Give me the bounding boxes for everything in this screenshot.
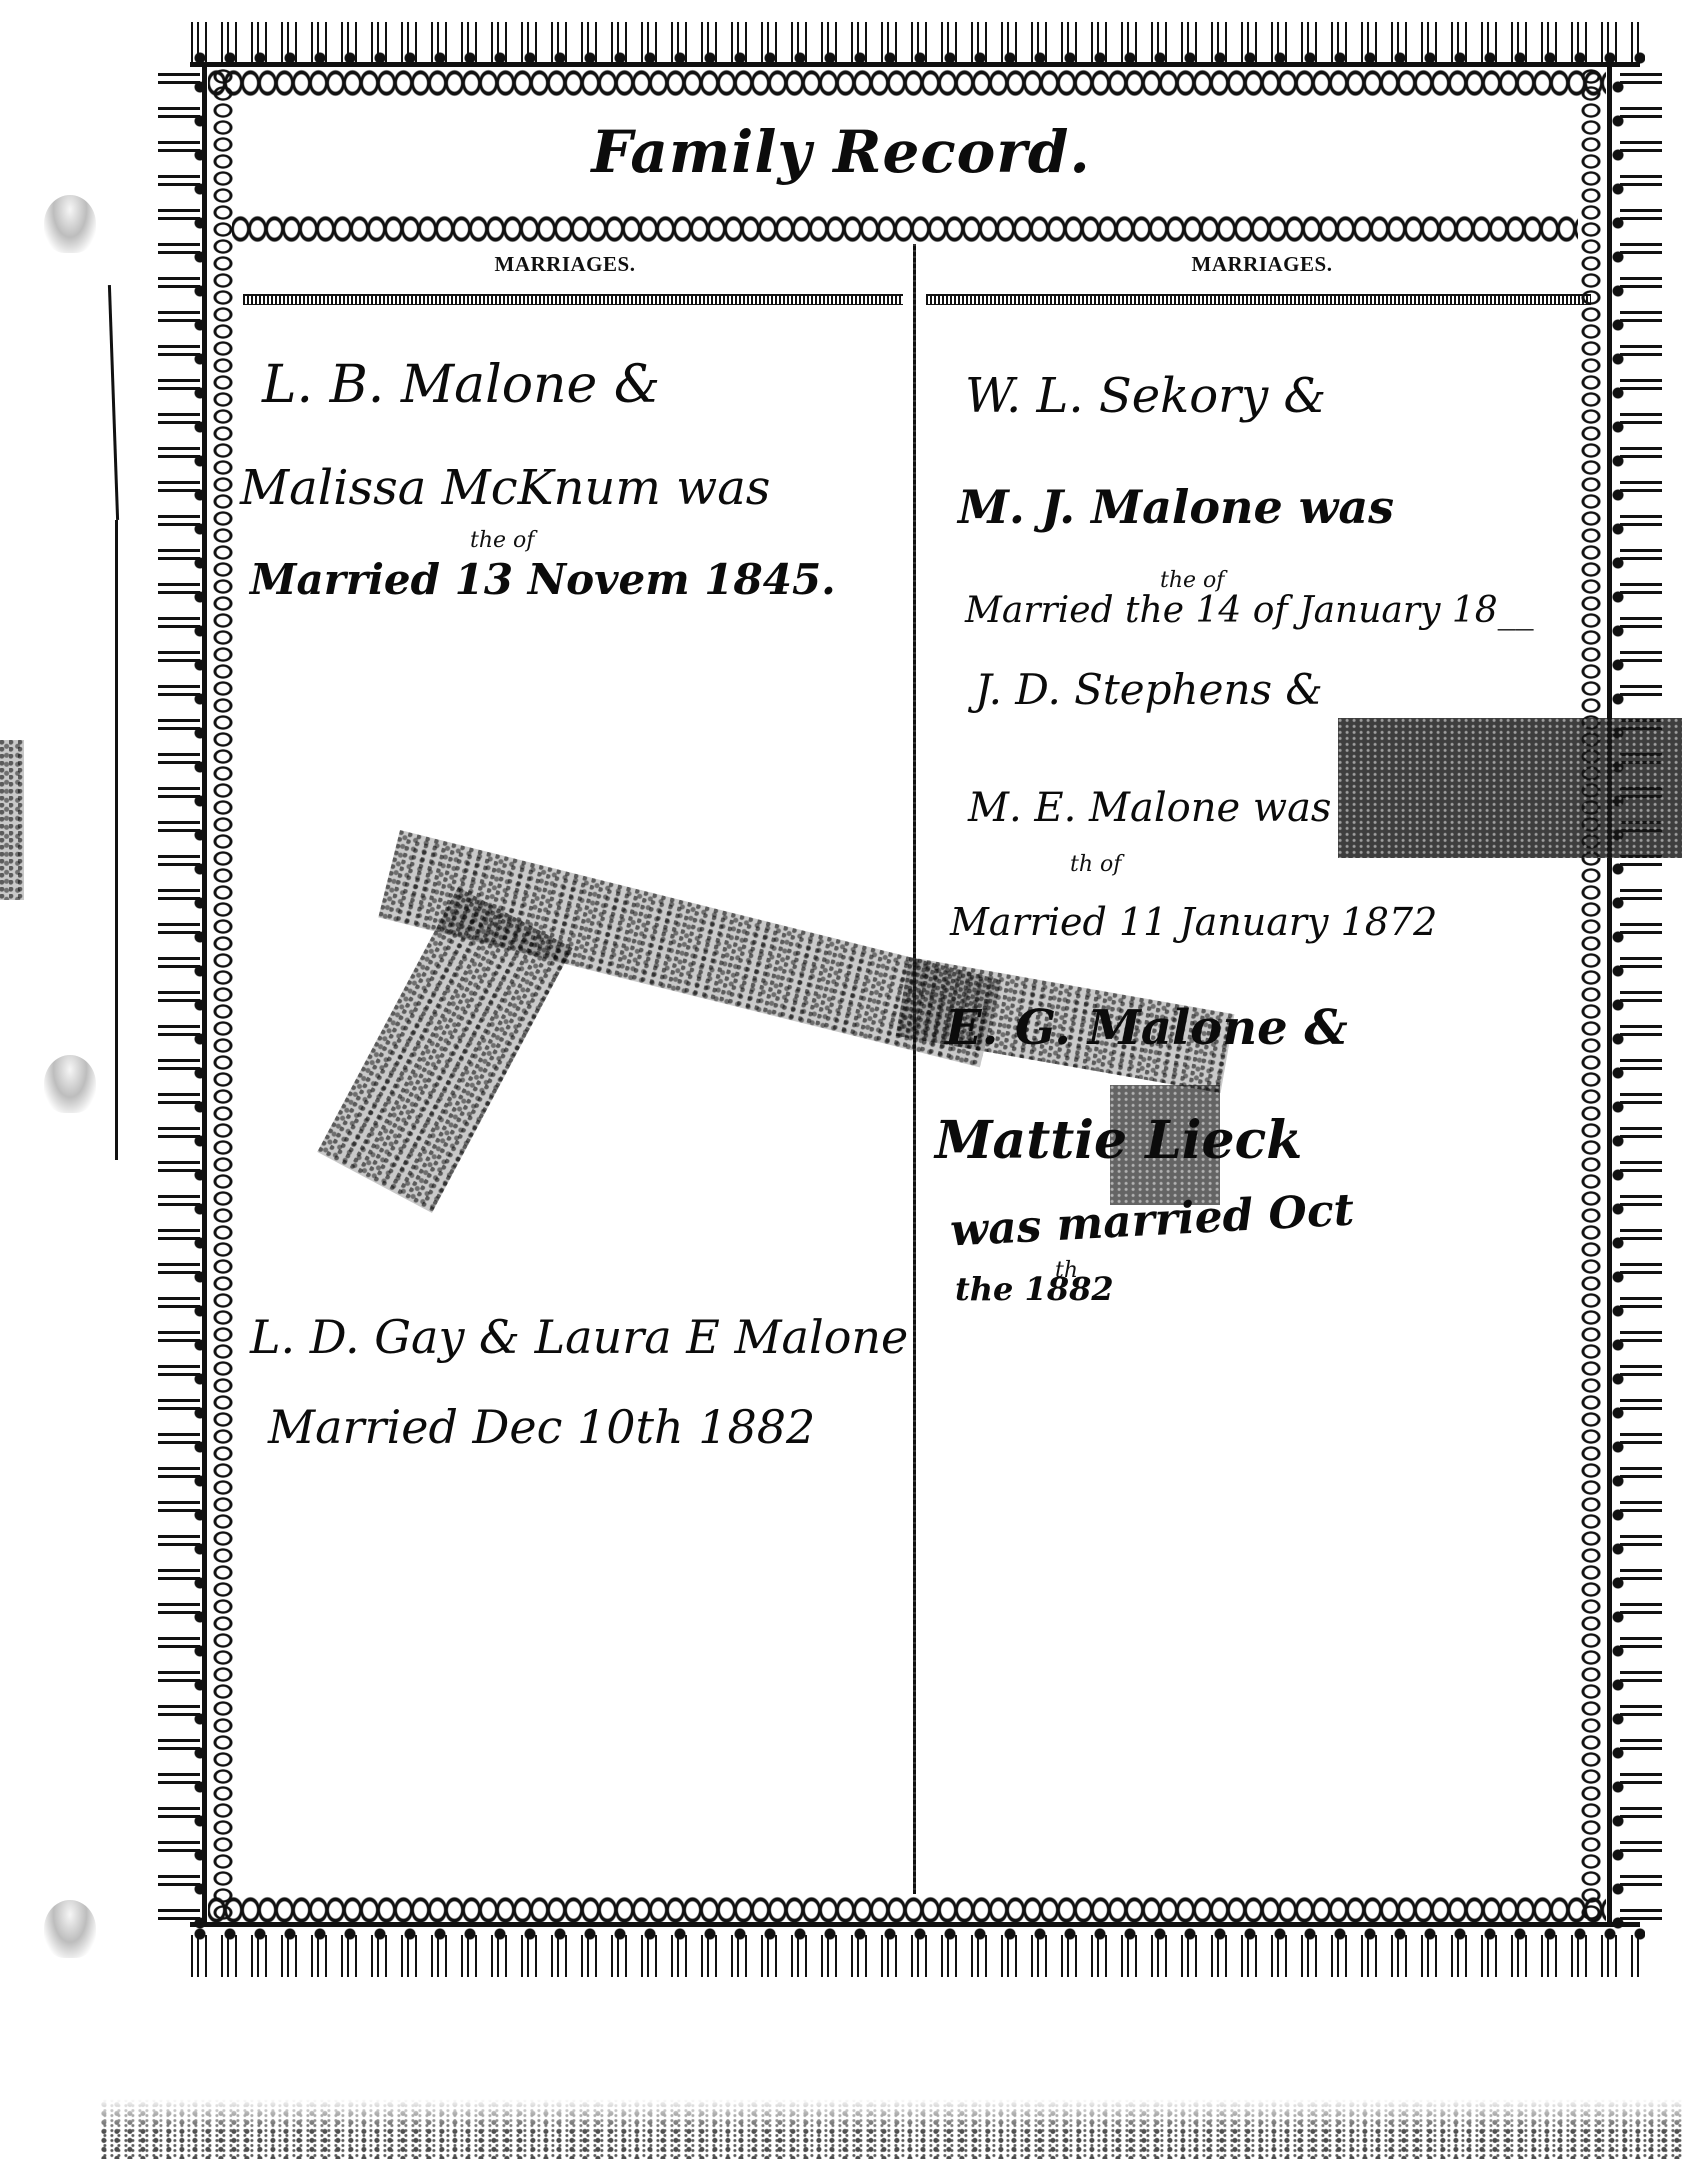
entry-line: was married Oct [949, 1184, 1355, 1256]
punch-hole [44, 1055, 96, 1113]
tape-stain-dark [1338, 718, 1682, 858]
right-column-header: MARRIAGES. [1112, 252, 1412, 277]
entry-line: Married 11 January 1872 [950, 900, 1437, 944]
entry-line: the 1882 [955, 1270, 1114, 1308]
entry-line: L. B. Malone & [262, 355, 660, 415]
entry-line: Married 13 Novem 1845. [250, 555, 836, 604]
fringe-bottom [185, 1935, 1645, 1977]
left-header-rule [243, 294, 903, 305]
chain-right [1576, 68, 1606, 1925]
entry-superscript: th of [1070, 852, 1121, 877]
column-divider [913, 244, 916, 1894]
edge-stain [0, 740, 24, 900]
entry-line: Married Dec 10th 1882 [268, 1400, 815, 1454]
entry-line: W. L. Sekory & [965, 368, 1326, 424]
entry-superscript: the of [470, 528, 534, 553]
chain-title-divider [232, 214, 1578, 244]
punch-hole [44, 1900, 96, 1958]
entry-line: M. J. Malone was [958, 480, 1394, 534]
margin-line [108, 285, 119, 520]
chain-top [208, 68, 1606, 98]
entry-line: E. G. Malone & [945, 1000, 1348, 1056]
fringe-right [1620, 70, 1662, 1930]
entry-line: Mattie Lieck [935, 1110, 1302, 1171]
entry-line: Malissa McKnum was [240, 460, 770, 516]
page-title: Family Record. [0, 118, 1682, 186]
margin-line [115, 520, 118, 1160]
punch-hole [44, 195, 96, 253]
right-header-rule [926, 294, 1591, 305]
fringe-right-base [1612, 70, 1624, 1930]
border-bar-left [202, 64, 207, 1926]
tape-stain [317, 887, 573, 1213]
entry-line: L. D. Gay & Laura E Malone [250, 1310, 908, 1364]
chain-bottom [208, 1895, 1606, 1925]
left-column-header: MARRIAGES. [415, 252, 715, 277]
border-bar-right [1607, 64, 1612, 1926]
entry-line: J. D. Stephens & [975, 665, 1323, 714]
entry-line: Married the 14 of January 18__ [965, 590, 1534, 631]
entry-line: M. E. Malone was [968, 785, 1331, 831]
fringe-bottom-base [185, 1928, 1645, 1940]
border-bar-top [190, 62, 1640, 67]
torn-bottom-edge [100, 2099, 1682, 2159]
chain-left [208, 68, 238, 1925]
